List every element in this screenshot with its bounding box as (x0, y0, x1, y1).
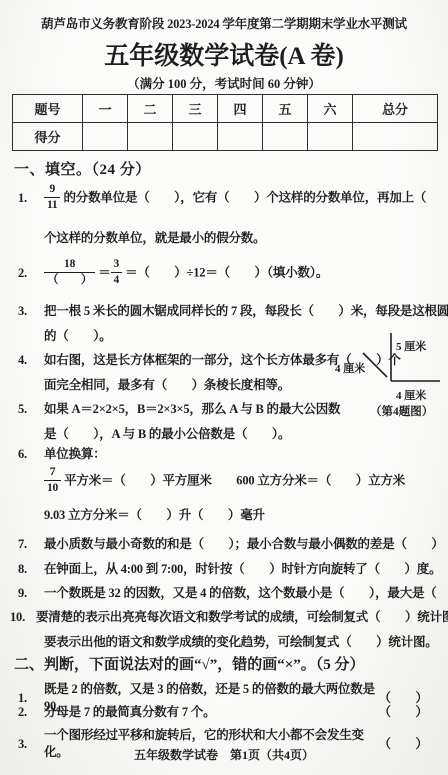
score-col-total: 总分 (353, 95, 438, 123)
score-row-label: 得分 (13, 123, 83, 151)
score-cell (308, 123, 353, 151)
question-text-segment: 如果 A＝2×2×5，B＝2×3×5，那么 A 与 B 的最大公因数 (44, 401, 340, 418)
question-text: 911的分数单位是（ ），它有（ ）个这样的分数单位，再加上（ ） (44, 183, 448, 214)
question-text-segment: 是（ ），A 与 B 的最小公倍数是（ ）。 (44, 426, 290, 443)
question-number: 2. (18, 265, 44, 282)
score-col-2: 二 (128, 95, 173, 123)
score-table: 题号 一 二 三 四 五 六 总分 得分 (12, 94, 438, 151)
fraction-denominator: （ ） (44, 273, 95, 287)
question-row-9: 9. 一个数既是 32 的因数，又是 4 的倍数，这个数最小是（ ），最大是（ (0, 585, 448, 602)
edge-label-5cm: 5 厘米 (396, 338, 426, 354)
score-col-1: 一 (83, 95, 128, 123)
fraction-numerator: 3 (111, 258, 123, 273)
question-row-6-line2: 9.03 立方分米＝（ ）升（ ）毫升 (0, 507, 448, 524)
exam-paper-page: 葫芦岛市义务教育阶段 2023-2024 学年度第二学期期末学业水平测试 五年级… (0, 0, 448, 775)
question-text-segment: 平方米＝（ ）平方厘米 600 立方分米＝（ ）立方米 (64, 474, 405, 488)
question-row-8: 8. 在钟面上，从 4:00 到 7:00，时针按（ ）时针方向旋转了（ ）度。 (0, 561, 448, 578)
score-table-header-row: 题号 一 二 三 四 五 六 总分 (13, 95, 438, 123)
fraction-denominator: 10 (44, 481, 61, 495)
question-row-1-cont: 个这样的分数单位，就是最小的假分数。 (0, 230, 448, 247)
question-text-segment: 面完全相同，最多有（ ）条棱长度相等。 (44, 377, 290, 394)
question-text: 18（ ）＝34＝（ ）÷12＝（ ）（填小数）。 (44, 258, 328, 289)
section2-heading: 二、判断，下面说法对的画“√”，错的画“×”。（5 分） (0, 653, 448, 674)
question-number: 4. (18, 352, 44, 369)
judgment-row-2: 2. 分母是 7 的最简真分数有 7 个。 （ ） (0, 704, 448, 721)
exam-title: 五年级数学试卷(A 卷) (0, 36, 448, 72)
score-col-3: 三 (173, 95, 218, 123)
score-cell (353, 123, 438, 151)
question-row-7: 7. 最小质数与最小奇数的和是（ ）；最小合数与最小偶数的差是（ ） (0, 536, 448, 553)
section1-heading: 一、填空。（24 分） (0, 158, 448, 179)
question-text-segment: 在钟面上，从 4:00 到 7:00，时针按（ ）时针方向旋转了（ ）度。 (44, 561, 441, 578)
question-text-segment: 9.03 立方分米＝（ ）升（ ）毫升 (44, 507, 265, 524)
fraction-numerator: 7 (44, 466, 61, 481)
judgment-text: 分母是 7 的最简真分数有 7 个。 (44, 704, 215, 721)
question-number: 1. (18, 190, 44, 207)
question-text-segment: 的分数单位是（ ），它有（ ）个这样的分数单位，再加上（ ） (63, 191, 448, 205)
question-row-5-cont: 是（ ），A 与 B 的最小公倍数是（ ）。 (0, 426, 448, 443)
score-col-6: 六 (308, 95, 353, 123)
score-cell (218, 123, 263, 151)
question-text-segment: ＝（ ）÷12＝（ ）（填小数）。 (125, 266, 328, 280)
exam-subtitle: （满分 100 分，考试时间 60 分钟） (0, 74, 448, 92)
fraction-denominator: 11 (44, 198, 60, 212)
score-cell (83, 123, 128, 151)
exam-header-line: 葫芦岛市义务教育阶段 2023-2024 学年度第二学期期末学业水平测试 (0, 14, 448, 32)
question-text-segment: 把一根 5 米长的圆木锯成同样长的 7 段，每段长（ ）米，每段是这根圆木 (44, 303, 448, 320)
equals-sign: ＝ (98, 266, 110, 280)
question-number: 7. (18, 536, 44, 553)
fraction: 710 (44, 466, 61, 495)
score-col-5: 五 (263, 95, 308, 123)
question-number: 6. (18, 446, 44, 463)
question-row-6: 6. 单位换算： (0, 446, 448, 463)
answer-bracket: （ ） (378, 704, 434, 721)
question-row-6-line1: 710平方米＝（ ）平方厘米 600 立方分米＝（ ）立方米 (0, 466, 448, 497)
score-table-score-row: 得分 (13, 123, 438, 151)
score-cell (173, 123, 218, 151)
question-row-3: 3. 把一根 5 米长的圆木锯成同样长的 7 段，每段长（ ）米，每段是这根圆木 (0, 303, 448, 320)
score-cell (128, 123, 173, 151)
question-row-1: 1. 911的分数单位是（ ），它有（ ）个这样的分数单位，再加上（ ） (0, 183, 448, 214)
question-text-segment: 要清楚的表示出亮亮每次语文和数学考试的成绩，可绘制复式（ ）统计图· (36, 609, 448, 626)
fraction: 34 (111, 258, 123, 287)
fraction-numerator: 9 (44, 183, 60, 198)
question-text-segment: 单位换算： (44, 446, 106, 463)
fraction: 18（ ） (44, 258, 95, 287)
question-text-segment: 最小质数与最小奇数的和是（ ）；最小合数与最小偶数的差是（ ） (44, 536, 444, 553)
question-number: 9. (18, 585, 44, 602)
edge-label-4cm-left: 4 厘米 (335, 360, 365, 376)
page-footer: 五年级数学试卷 第1页（共4页） (0, 746, 448, 763)
question-row-2: 2. 18（ ）＝34＝（ ）÷12＝（ ）（填小数）。 (0, 258, 448, 289)
question-text: 710平方米＝（ ）平方厘米 600 立方分米＝（ ）立方米 (44, 466, 405, 497)
question-row-10-cont: 要表示出他的语文和数学成绩的变化趋势，可绘制复式（ ）统计图。 (0, 634, 448, 651)
question-row-5: 5. 如果 A＝2×2×5，B＝2×3×5，那么 A 与 B 的最大公因数 (0, 401, 448, 418)
fraction-numerator: 18 (44, 258, 95, 273)
question-number: 10. (10, 609, 36, 626)
fraction-denominator: 4 (111, 273, 123, 287)
fraction: 911 (44, 183, 60, 212)
judgment-number: 2. (18, 704, 44, 721)
question-text-segment: 个这样的分数单位，就是最小的假分数。 (44, 230, 265, 247)
score-cell (263, 123, 308, 151)
question-text-segment: 的（ ）。 (44, 328, 112, 345)
question-text-segment: 一个数既是 32 的因数，又是 4 的倍数，这个数最小是（ ），最大是（ (44, 585, 437, 602)
score-col-4: 四 (218, 95, 263, 123)
question-text-segment: 要表示出他的语文和数学成绩的变化趋势，可绘制复式（ ）统计图。 (44, 634, 438, 651)
question-number: 5. (18, 401, 44, 418)
question-number: 8. (18, 561, 44, 578)
question-number: 3. (18, 303, 44, 320)
question-row-10: 10. 要清楚的表示出亮亮每次语文和数学考试的成绩，可绘制复式（ ）统计图· (0, 609, 448, 626)
score-table-corner: 题号 (13, 95, 83, 123)
